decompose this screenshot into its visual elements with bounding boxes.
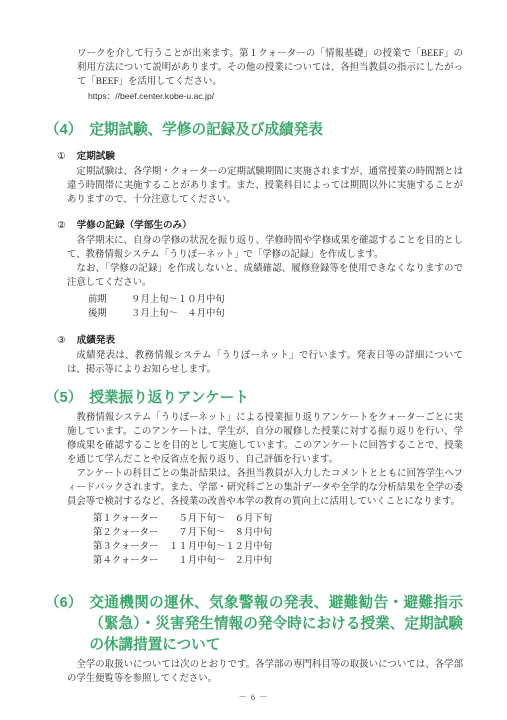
- gakushu-kiroku-schedule: 前期 ９月上旬～１０月中旬 後期 ３月上旬～ ４月中旬: [88, 292, 463, 320]
- intro-paragraph: ワークを介して行うことが出来ます。第１クォーターの「情報基礎」の授業で「BEEF…: [77, 47, 463, 89]
- item-1-paragraph: 定期試験は、各学期・クォーターの定期試験期間に実施されますが、通常授業の時間割と…: [67, 165, 463, 207]
- item-2-title: 学修の記録（学部生のみ）: [77, 219, 192, 233]
- item-1-heading: ① 定期試験: [57, 150, 463, 164]
- item-2-paragraph-1: 各学期末に、自身の学修の状況を振り返り、学修時間や学修成果を確認することを目的と…: [67, 234, 463, 262]
- schedule-row-zenki: 前期 ９月上旬～１０月中旬: [88, 292, 463, 306]
- section-4-number: （4）: [45, 120, 82, 141]
- section-5-title: 授業振り返りアンケート: [89, 388, 463, 409]
- quarter-survey-schedule: 第１クォーター ５月下旬～ ６月下旬 第２クォーター ７月下旬～ ８月中旬 第３…: [93, 511, 463, 567]
- item-1-number: ①: [57, 150, 66, 164]
- section-5-paragraph-1: 教務情報システム「うりぼーネット」による授業振り返りアンケートをクォーターごとに…: [67, 411, 463, 467]
- schedule-label: 第３クォーター: [93, 539, 169, 553]
- item-teiki-shiken: ① 定期試験 定期試験は、各学期・クォーターの定期試験期間に実施されますが、通常…: [45, 150, 463, 207]
- schedule-row-q4: 第４クォーター １月中旬～ ２月中旬: [93, 553, 463, 567]
- item-seiseki-happyo: ③ 成績発表 成績発表は、教務情報システム「うりぼーネット」で行います。発表日等…: [45, 334, 463, 377]
- schedule-value: ９月上旬～１０月中旬: [131, 292, 225, 306]
- item-3-title: 成績発表: [77, 334, 115, 348]
- section-6-number: （6）: [45, 593, 82, 614]
- item-3-heading: ③ 成績発表: [57, 334, 463, 348]
- schedule-label: 第２クォーター: [93, 525, 169, 539]
- item-2-heading: ② 学修の記録（学部生のみ）: [57, 219, 463, 233]
- item-2-paragraph-2: なお、「学修の記録」を作成しないと、成績確認、履修登録等を使用できなくなりますの…: [67, 262, 463, 290]
- section-4-title: 定期試験、学修の記録及び成績発表: [89, 120, 463, 141]
- schedule-label: 前期: [88, 292, 131, 306]
- section-5-paragraph-2: アンケートの科目ごとの集計結果は、各担当教員が入力したコメントとともに回答学生へ…: [67, 467, 463, 509]
- schedule-value: １月中旬～ ２月中旬: [169, 553, 272, 567]
- section-6-heading: （6） 交通機関の運休、気象警報の発表、避難勧告・避難指示（緊急）・災害発生情報…: [45, 593, 463, 656]
- schedule-label: 第４クォーター: [93, 553, 169, 567]
- schedule-value: １１月中旬～１２月中旬: [169, 539, 272, 553]
- item-1-title: 定期試験: [77, 150, 115, 164]
- section-5-heading: （5） 授業振り返りアンケート: [45, 388, 463, 409]
- section-5-number: （5）: [45, 388, 82, 409]
- section-6-paragraph: 全学の取扱いについては次のとおりです。各学部の専門科目等の取扱いについては、各学…: [67, 658, 463, 686]
- schedule-value: ７月下旬～ ８月中旬: [169, 525, 272, 539]
- schedule-value: ５月下旬～ ６月下旬: [169, 511, 272, 525]
- page-number: － 6 －: [0, 691, 507, 703]
- item-3-paragraph: 成績発表は、教務情報システム「うりぼーネット」で行います。発表日等の詳細について…: [67, 349, 463, 377]
- section-6-title: 交通機関の運休、気象警報の発表、避難勧告・避難指示（緊急）・災害発生情報の発令時…: [89, 593, 463, 656]
- schedule-label: 第１クォーター: [93, 511, 169, 525]
- schedule-row-kouki: 後期 ３月上旬～ ４月中旬: [88, 306, 463, 320]
- schedule-value: ３月上旬～ ４月中旬: [131, 306, 225, 320]
- item-3-number: ③: [57, 334, 66, 348]
- item-gakushu-kiroku: ② 学修の記録（学部生のみ） 各学期末に、自身の学修の状況を振り返り、学修時間や…: [45, 219, 463, 320]
- schedule-label: 後期: [88, 306, 131, 320]
- document-page: ワークを介して行うことが出来ます。第１クォーターの「情報基礎」の授業で「BEEF…: [0, 0, 507, 720]
- schedule-row-q2: 第２クォーター ７月下旬～ ８月中旬: [93, 525, 463, 539]
- schedule-row-q3: 第３クォーター １１月中旬～１２月中旬: [93, 539, 463, 553]
- item-2-number: ②: [57, 219, 66, 233]
- section-4-heading: （4） 定期試験、学修の記録及び成績発表: [45, 120, 463, 141]
- schedule-row-q1: 第１クォーター ５月下旬～ ６月下旬: [93, 511, 463, 525]
- beef-url: https：//beef.center.kobe-u.ac.jp/: [88, 90, 463, 103]
- page-content: ワークを介して行うことが出来ます。第１クォーターの「情報基礎」の授業で「BEEF…: [45, 47, 463, 686]
